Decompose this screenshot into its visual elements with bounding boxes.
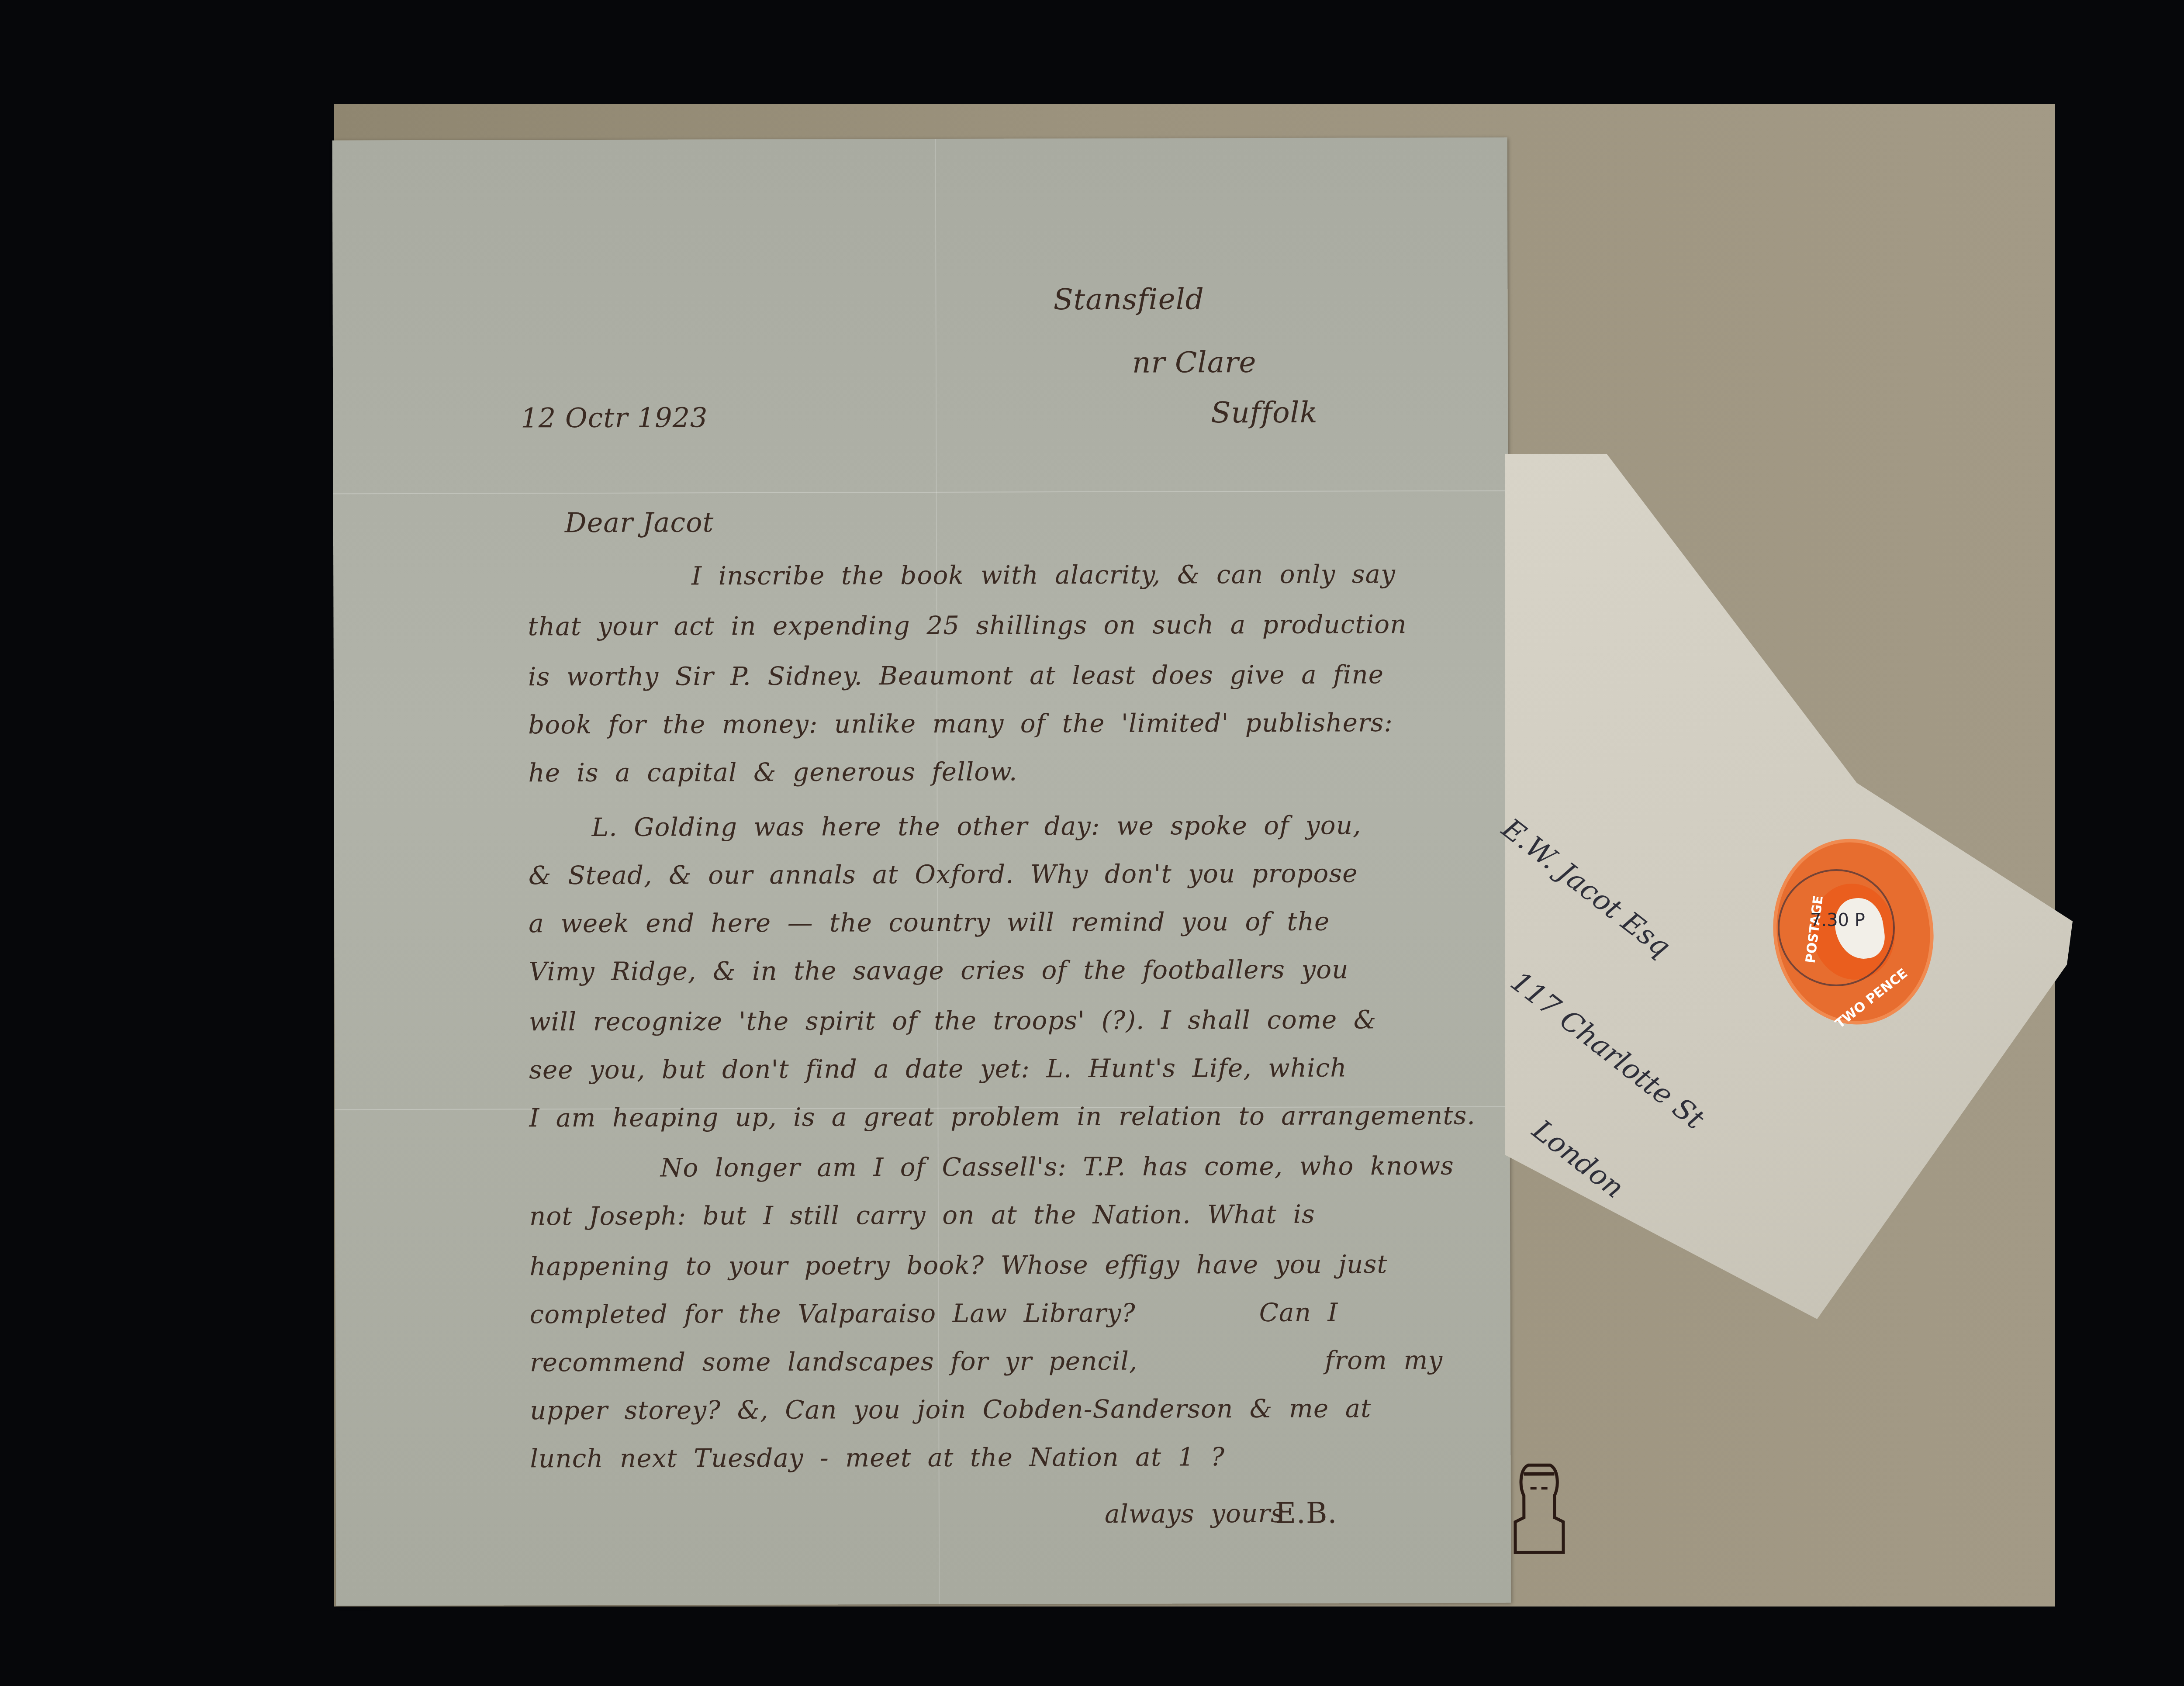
body-line: a week end here — the country will remin… (529, 907, 1330, 939)
body-line: happening to your poetry book? Whose eff… (529, 1249, 1388, 1281)
body-line: upper storey? &, Can you join Cobden-San… (530, 1393, 1371, 1425)
body-line: book for the money: unlike many of the '… (528, 708, 1393, 739)
body-line: see you, but don't find a date yet: L. H… (529, 1053, 1347, 1085)
postmark: 7.30 P (1778, 869, 1895, 986)
body-line: No longer am I of Cassell's: T.P. has co… (660, 1151, 1454, 1183)
letter-sheet: Stansfield nr Clare Suffolk 12 Octr 1923… (332, 137, 1511, 1606)
body-line: is worthy Sir P. Sidney. Beaumont at lea… (528, 660, 1384, 691)
signature: E.B. (1275, 1496, 1337, 1530)
body-line: not Joseph: but I still carry on at the … (529, 1199, 1315, 1231)
body-line: I am heaping up, is a great problem in r… (529, 1101, 1476, 1133)
letter-body: I inscribe the book with alacrity, & can… (332, 137, 1511, 1606)
body-line: from my (1325, 1345, 1443, 1375)
body-line: I inscribe the book with alacrity, & can… (691, 559, 1396, 591)
body-line: will recognize 'the spirit of the troops… (529, 1005, 1377, 1036)
closing: always yours (1105, 1499, 1284, 1529)
postmark-time: 7.30 P (1810, 910, 1865, 930)
portrait-sketch-icon (1511, 1461, 1568, 1561)
body-line: Vimy Ridge, & in the savage cries of the… (529, 954, 1349, 986)
body-line: completed for the Valparaiso Law Library… (530, 1298, 1136, 1330)
body-line: that your act in expending 25 shillings … (528, 609, 1406, 641)
body-line: & Stead, & our annals at Oxford. Why don… (529, 858, 1358, 890)
body-line: L. Golding was here the other day: we sp… (592, 810, 1362, 842)
body-line: lunch next Tuesday - meet at the Nation … (530, 1442, 1225, 1473)
body-line: he is a capital & generous fellow. (528, 757, 1017, 788)
body-line: recommend some landscapes for yr pencil, (530, 1346, 1138, 1378)
body-line: Can I (1259, 1298, 1338, 1327)
